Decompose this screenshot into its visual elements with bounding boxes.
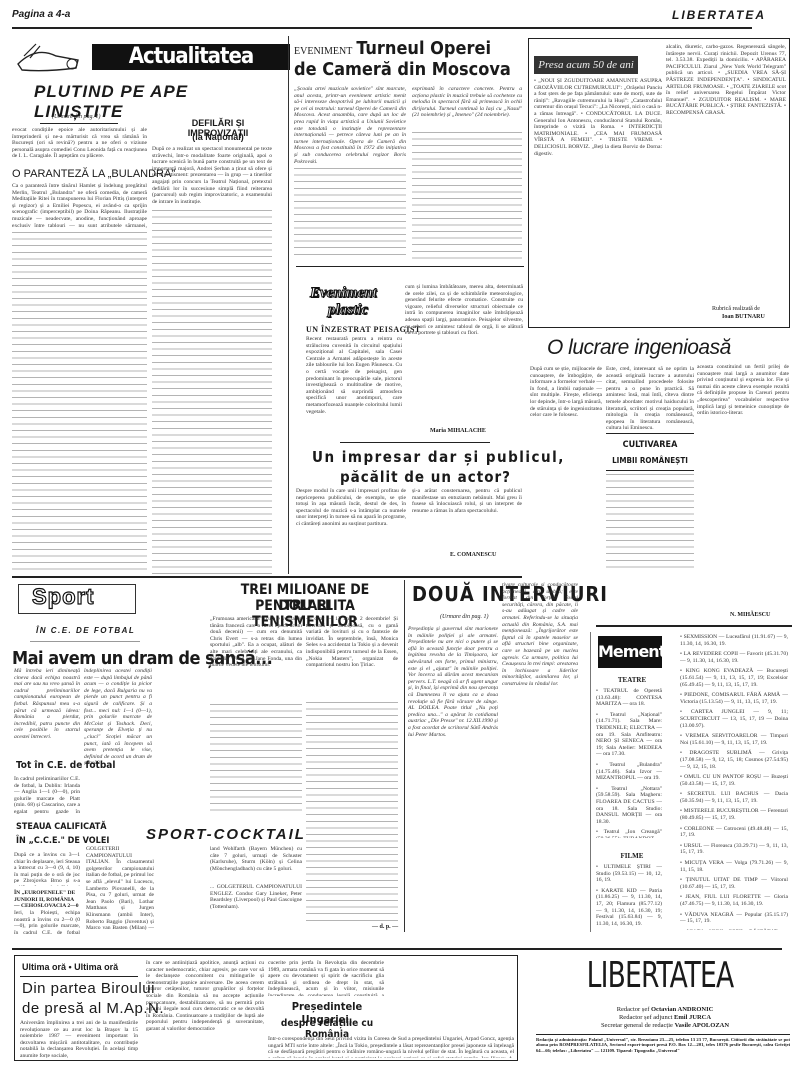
- section-rule: [12, 576, 522, 578]
- teatre-item: • Teatrul „Bulandra" (14.75.46). Sala Iz…: [596, 762, 662, 782]
- cultural-intro-text: evocat condițiile epoice ale autoritaris…: [12, 127, 147, 165]
- steaua-text: După ce a învins cu 3—1 chiar în deplasa…: [14, 852, 80, 886]
- deputy-name: Emil JURCA: [674, 1014, 711, 1021]
- rule: [340, 442, 490, 443]
- film-item: • KING KONG EVADEAZĂ — București (15.61.…: [680, 668, 788, 688]
- footer-imprint: Redacția și administrația: Palatul „Univ…: [536, 1037, 790, 1053]
- film-item: • SEXMISSION — Luceafărul (11.91.67) — 9…: [680, 634, 788, 647]
- page-label: Pagina a 4-a: [12, 9, 70, 20]
- tennis-body-left: [210, 704, 302, 812]
- lucrare-text: După cum se știe, mijloacele de cunoaște…: [530, 366, 602, 572]
- filme-list-left: • ULTIMELE ȘTIRI — Studio (59.53.15) — 1…: [596, 864, 662, 930]
- opera-title-line1: Turneul Operei: [356, 38, 491, 59]
- opera-kicker: EVENIMENT: [294, 46, 352, 57]
- cocktail-text-right: ... GOLGETERUL CAMPIONATULUI ENGLEZ. Con…: [210, 884, 302, 930]
- ungaria-text: Într-o corespondență din Seul privind vi…: [268, 1036, 514, 1058]
- defilari-body: [152, 210, 272, 574]
- rule: [606, 470, 694, 471]
- ultima-sub-text-top: cucerite prin jertfa în Revoluția din de…: [268, 960, 384, 996]
- steaua-title-line2: ÎN „C.C.E." DE VOLEI: [16, 836, 109, 846]
- editor-name: Octavian ANDRONIC: [651, 1006, 713, 1013]
- film-item: • JEAN, FIUL LUI FLORETTE — Gloria (47.4…: [680, 894, 788, 907]
- opera-text: „Școala artei muzicale sovietice" sînt m…: [294, 86, 406, 166]
- cocktail-text: GOLGETERII CAMPIONATULUI ITALIAN. În cla…: [86, 846, 154, 930]
- lucrare-text-right: aceasta constituind un fertil prilej de …: [697, 364, 789, 560]
- film-item: • VIAȚA UNUI COPIL RĂSFĂȚAT — Cultural (…: [680, 929, 788, 930]
- sport-kicker: ÎN C.E. DE FOTBAL: [36, 626, 135, 635]
- presa-banner: Presa acum 50 de ani: [534, 56, 638, 74]
- footer-staff: Redactor șef Octavian ANDRONIC Redactor …: [540, 1006, 790, 1030]
- impresar-author: E. COMANESCU: [450, 552, 496, 558]
- rule: [296, 266, 524, 267]
- paper-name-header: LIBERTATEA: [672, 8, 766, 22]
- film-item: • MISTERELE BUCUREȘTILOR — Ferentari (80…: [680, 808, 788, 821]
- steaua-title-line1: STEAUA CALIFICATĂ: [16, 822, 106, 832]
- plastic-text-right: cum și lumina îmbătătoare, mereu alta, d…: [405, 284, 523, 424]
- bulandra-subtitle: O PARANTEZĂ LA „BULANDRA": [12, 168, 175, 180]
- rule: [20, 976, 138, 977]
- column-divider: [288, 36, 289, 574]
- teatre-item: • Teatrul „Nottara" (59.58.59). Sala Mag…: [596, 786, 662, 826]
- plastic-banner-line2: plastic: [328, 302, 394, 319]
- interviuri-text: Președinția și guvernul sînt marionete î…: [408, 626, 498, 926]
- impresar-title-line2: păcălit de un actor?: [340, 468, 511, 486]
- plastic-title: UN ÎNZESTRAT PEISAGIST: [306, 325, 421, 334]
- teatre-item: • Teatrul „Ion Creangă" (50.26.55): TURA…: [596, 829, 662, 838]
- interviuri-text-right: tivare culturale și conducătoare acțione…: [502, 582, 578, 926]
- opera-text-right: exprimată în caractere concrete. Pentru …: [412, 86, 522, 130]
- memento-banner: Memento: [598, 636, 662, 668]
- film-item: • URSUL — Floreasca (33.29.71) — 9, 11, …: [680, 843, 788, 856]
- section-rule: [12, 948, 782, 950]
- column-divider: [590, 632, 591, 932]
- presa-credit-line2: Ioan BUTNARU: [722, 314, 765, 320]
- film-item: • KARATE KID — Patria (11.86.25) — 9, 11…: [596, 888, 662, 928]
- impresar-text-right: și-a arătat consternarea, pentru că publ…: [412, 488, 522, 550]
- film-item: • ȚINUTUL UITAT DE TIMP — Viitorul (10.6…: [680, 877, 788, 890]
- lucrare-title: O lucrare ingenioasă: [547, 336, 731, 360]
- cultural-col1-body: [12, 232, 147, 574]
- cultivarea-title-line2: LIMBII ROMÂNEȘTI: [606, 456, 694, 465]
- impresar-title-line1: Un impresar dar și publicul,: [312, 448, 565, 466]
- cultural-section-banner: Actualitatea culturală: [92, 44, 290, 70]
- rule: [606, 433, 694, 434]
- teatre-list: • TEATRUL de Operetă (13.63.48): CONTESA…: [596, 688, 662, 838]
- deputy-label: Redactor șef adjunct: [619, 1014, 672, 1021]
- tennis-text: „Frumoasa americană" (cum e vorba de tân…: [210, 616, 302, 702]
- tot-ce-fotbal-title: Tot în C.E. de fotbal: [16, 760, 115, 771]
- cocktail-title: SPORT-COCKTAIL: [146, 826, 306, 843]
- europene-text: Ieri, la Ploiești, echipa noastră a învi…: [14, 910, 80, 934]
- interviuri-continued: (Urmare din pag. 1): [440, 614, 488, 620]
- defilari-subtitle: (la Național): [168, 132, 268, 142]
- opera-body-left: [294, 168, 406, 260]
- sport-banner: Sport: [32, 584, 94, 610]
- presa-text-left: • „NOUI ȘI ZGUDUITOARE AMĂNUNTE ASUPRA G…: [534, 78, 662, 324]
- europene-title: ÎN „EUROPENELE" DE JUNIORI II, ROMÂNIA —…: [14, 890, 80, 910]
- film-item: • DRAGOSTE SUBLIMĂ — Grivița (17.08.58) …: [680, 750, 788, 770]
- tennis-text-right: — doar — 17 ani la 2 decembrie! Și talen…: [306, 616, 398, 700]
- bulandra-text: Ca o paranteză între tânărul Hamlet și î…: [12, 183, 147, 229]
- book-palette-icon: [16, 42, 86, 74]
- editor-label: Redactor șef: [617, 1006, 650, 1013]
- tot-ce-fotbal-text: În cadrul preliminariilor C.E. de fotbal…: [14, 776, 80, 816]
- film-item: • OMUL CU UN PANTOF ROȘU — Buzești (50.4…: [680, 774, 788, 787]
- film-item: • SECRETUL LUI BACHUS — Dacia (50.35.94)…: [680, 791, 788, 804]
- lucrare-mid-body: [606, 474, 694, 572]
- plastic-author: Maria MIHALACHE: [430, 428, 486, 434]
- plastic-banner-line1: Eveniment: [310, 285, 394, 302]
- sport-text-mid: îndeplinirea acestei condiții este — dup…: [84, 668, 152, 810]
- cocktail-text-mid: land Wohlfarth (Bayern München) cu câte …: [210, 846, 302, 880]
- ultima-banner: Ultima oră • Ultima oră: [22, 962, 118, 972]
- film-item: • LA REVEDERE COPII — Favorit (45.31.70)…: [680, 651, 788, 664]
- ultima-title-line2: de presă al M.Ap.N.: [22, 1000, 164, 1017]
- secretary-label: Secretar general de redacție: [601, 1022, 673, 1029]
- continued-from: (Urmare din pag. 1): [52, 114, 100, 120]
- impresar-text: Despre modul în care unii impresari prof…: [296, 488, 406, 572]
- lucrare-author: N. MIHĂESCU: [730, 612, 770, 618]
- filme-heading: FILME: [600, 852, 664, 860]
- sport-text: Mă întreba ieri dimineață cineva dacă ec…: [14, 668, 80, 752]
- header-rule: [12, 27, 752, 29]
- ultima-text: Aniversăm împlinirea a trei ani de la ma…: [20, 1020, 138, 1058]
- film-item: • CORLEONE — Cotroceni (49.48.48) — 15, …: [680, 826, 788, 839]
- rule: [536, 1034, 790, 1035]
- film-item: • CARTEA JUNGLEI — 9, 11; SCURTCIRCUIT —…: [680, 709, 788, 729]
- tennis-body-right: [306, 702, 398, 922]
- column-divider: [404, 580, 405, 932]
- presa-credit-line1: Rubrică realizată de: [712, 306, 760, 312]
- film-item: • PIEDONE, COMISARUL FĂRĂ ARMĂ — Victori…: [680, 692, 788, 705]
- film-item: • VĂDUVA NEAGRĂ — Popular (35.15.17) — 1…: [680, 912, 788, 925]
- film-item: • MICUȚA VERA — Volga (79.71.26) — 9, 11…: [680, 860, 788, 873]
- lucrare-text-mid: Este, cred, interesant să ne oprim la ac…: [606, 366, 694, 430]
- ultima-title-line1: Din partea Biroului: [22, 980, 155, 997]
- footer-logo: LIBERTATEA: [566, 955, 755, 996]
- presa-text-right: alcalin, diuretic, carbo-gazos. Regenere…: [666, 44, 786, 302]
- film-item: • ULTIMELE ȘTIRI — Studio (59.53.15) — 1…: [596, 864, 662, 884]
- tennis-author: — d. p. —: [372, 924, 398, 930]
- cultural-banner: Actualitatea culturală: [14, 42, 282, 74]
- plastic-text: Recent restaurată pentru a reintra cu st…: [306, 336, 402, 426]
- opera-heading: EVENIMENT Turneul Operei de Cameră din M…: [294, 38, 526, 80]
- rule: [40, 123, 118, 124]
- film-item: • VREMEA SERVITOARELOR — Timpuri Noi (15…: [680, 733, 788, 746]
- teatre-heading: TEATRE: [600, 676, 664, 684]
- opera-body-right: [412, 132, 522, 260]
- teatre-item: • TEATRUL de Operetă (13.63.48): CONTESA…: [596, 688, 662, 708]
- cultivarea-title-line1: CULTIVAREA: [606, 440, 694, 450]
- opera-title-line2: de Cameră din Moscova: [294, 59, 526, 80]
- rule: [30, 641, 140, 642]
- ultima-text-mid: în care se antiinițiază apolitice, anunț…: [146, 960, 264, 1058]
- secretary-name: Vasile APOLOZAN: [675, 1022, 729, 1029]
- filme-list-right: • SEXMISSION — Luceafărul (11.91.67) — 9…: [680, 634, 788, 930]
- teatre-item: • Teatrul „Național" (14.71.71). Sala Ma…: [596, 712, 662, 758]
- defilari-text: După ce a realizat un spectacol monument…: [152, 146, 272, 206]
- section-rule: [596, 625, 792, 627]
